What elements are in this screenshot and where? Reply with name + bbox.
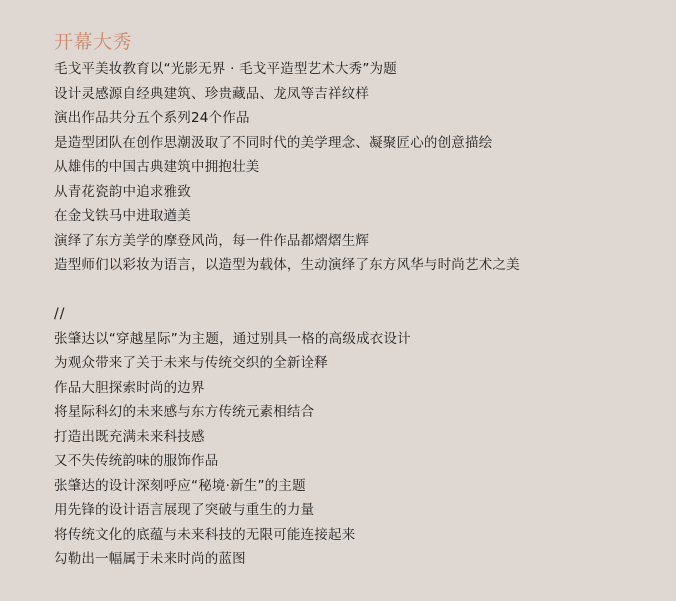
text-line: 又不失传统韵味的服饰作品	[54, 449, 654, 474]
text-line: 打造出既充满未来科技感	[54, 425, 654, 450]
text-line: 从青花瓷韵中追求雅致	[54, 180, 654, 205]
section-separator: //	[54, 302, 654, 327]
text-line: 为观众带来了关于未来与传统交织的全新诠释	[54, 351, 654, 376]
text-line: 勾勒出一幅属于未来时尚的蓝图	[54, 547, 654, 572]
text-line: 毛戈平美妆教育以“光影无界 · 毛戈平造型艺术大秀”为题	[54, 57, 654, 82]
text-line: 作品大胆探索时尚的边界	[54, 376, 654, 401]
text-line: 演绎了东方美学的摩登风尚，每一件作品都熠熠生辉	[54, 229, 654, 254]
text-line: 是造型团队在创作思潮汲取了不同时代的美学理念、凝聚匠心的创意描绘	[54, 131, 654, 156]
section-title: 开幕大秀	[54, 29, 654, 57]
section2-paragraph: 张肇达以“穿越星际”为主题，通过别具一格的高级成衣设计 为观众带来了关于未来与传…	[54, 327, 654, 572]
text-line: 张肇达的设计深刻呼应“秘境·新生”的主题	[54, 474, 654, 499]
section1-paragraph: 毛戈平美妆教育以“光影无界 · 毛戈平造型艺术大秀”为题 设计灵感源自经典建筑、…	[54, 57, 654, 278]
text-line: 设计灵感源自经典建筑、珍贵藏品、龙凤等吉祥纹样	[54, 82, 654, 107]
text-line: 从雄伟的中国古典建筑中拥抱壮美	[54, 155, 654, 180]
text-line: 张肇达以“穿越星际”为主题，通过别具一格的高级成衣设计	[54, 327, 654, 352]
text-line: 演出作品共分五个系列24个作品	[54, 106, 654, 131]
text-line: 在金戈铁马中进取遒美	[54, 204, 654, 229]
text-line: 将星际科幻的未来感与东方传统元素相结合	[54, 400, 654, 425]
article-body: 开幕大秀 毛戈平美妆教育以“光影无界 · 毛戈平造型艺术大秀”为题 设计灵感源自…	[54, 29, 654, 572]
blank-spacer	[54, 278, 654, 303]
text-line: 将传统文化的底蕴与未来科技的无限可能连接起来	[54, 523, 654, 548]
text-line: 用先锋的设计语言展现了突破与重生的力量	[54, 498, 654, 523]
text-line: 造型师们以彩妆为语言，以造型为载体，生动演绎了东方风华与时尚艺术之美	[54, 253, 654, 278]
